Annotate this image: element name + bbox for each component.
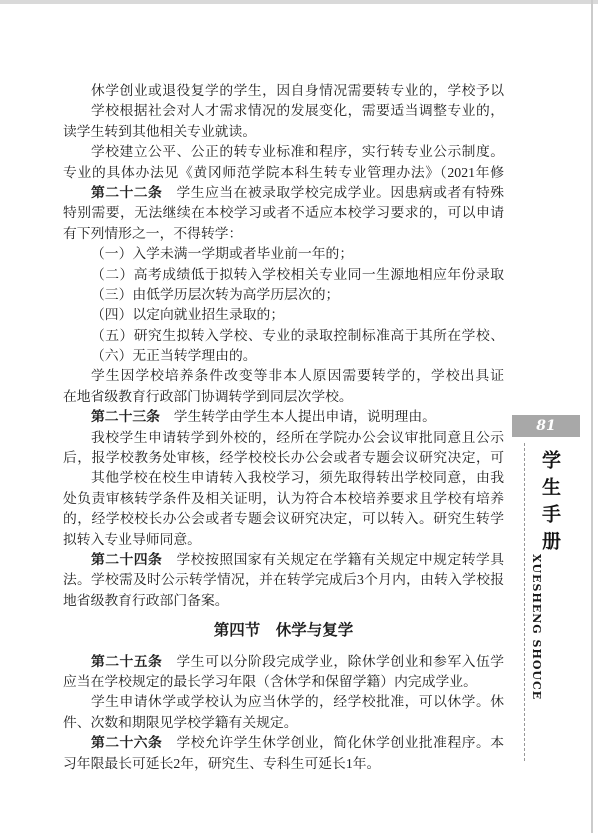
text-line: 处负责审核转学条件及相关证明，认为符合本校培养要求且学校有培养能力 [63,489,504,509]
text-line: 读学生转到其他相关专业就读。 [63,122,504,142]
text-line: 应当在学校规定的最长学习年限（含休学和保留学籍）内完成学业。 [63,672,504,692]
page-number-badge: 81 [512,415,580,437]
text-line: （三）由低学历层次转为高学历层次的； [63,285,504,305]
text-line: 有下列情形之一，不得转学： [63,224,504,244]
article-number: 第二十六条 [91,735,162,750]
paragraph-lines-suspension-rules: 第二十五条 学生可以分阶段完成学业，除休学创业和参军入伍学生外，应当在学校规定的… [63,652,504,774]
dashed-divider [524,443,525,761]
text-line: 第二十六条 学校允许学生休学创业，简化休学创业批准程序。本科生学 [63,733,504,753]
text-line: 后，报学校教务处审核，经学校校长办公会或者专题会议研究决定，可以转出。 [63,448,504,468]
text-line: 习年限最长可延长2年，研究生、专科生可延长1年。 [63,754,504,774]
text-line: 地省级教育行政部门备案。 [63,591,504,611]
text-line: 学生申请休学或学校认为应当休学的，经学校批准，可以休学。休学的条 [63,692,504,712]
page-right-edge [591,0,593,833]
section-heading: 第四节 休学与复学 [63,621,504,641]
page-top-edge [0,0,598,4]
text-line: 我校学生申请转学到外校的，经所在学院办公会议审批同意且公示无异议 [63,428,504,448]
sidebar-title-chinese: 学生手册 [537,450,564,558]
text-line: 在地省级教育行政部门协调转学到同层次学校。 [63,387,504,407]
text-line: 休学创业或退役复学的学生，因自身情况需要转专业的，学校予以优先考虑。 [63,81,504,101]
text-line: 第二十二条 学生应当在被录取学校完成学业。因患病或者有特殊困难、 [63,183,504,203]
text-line: 专业的具体办法见《黄冈师范学院本科生转专业管理办法》（2021年修订）。 [63,163,504,183]
article-number: 第二十四条 [91,552,162,567]
text-line: 第二十四条 学校按照国家有关规定在学籍有关规定中规定转学具体办 [63,550,504,570]
paragraph-lines-transfer-rules: 休学创业或退役复学的学生，因自身情况需要转专业的，学校予以优先考虑。学校根据社会… [63,81,504,611]
text-line: 第二十三条 学生转学由学生本人提出申请，说明理由。 [63,407,504,427]
text-line: 学校根据社会对人才需求情况的发展变化，需要适当调整专业的，允许在 [63,101,504,121]
document-body: 休学创业或退役复学的学生，因自身情况需要转专业的，学校予以优先考虑。学校根据社会… [63,81,504,774]
text-line: 件、次数和期限见学校学籍有关规定。 [63,713,504,733]
text-line: 学生因学校培养条件改变等非本人原因需要转学的，学校出具证明，由所 [63,366,504,386]
text-line: 第二十五条 学生可以分阶段完成学业，除休学创业和参军入伍学生外， [63,652,504,672]
text-line: 法。学校需及时公示转学情况，并在转学完成后3个月内，由转入学校报所在 [63,570,504,590]
sidebar-title-pinyin: XUESHENG SHOUCE [530,554,543,700]
article-number: 第二十三条 [91,409,160,424]
article-number: 第二十二条 [91,185,162,200]
text-line: 其他学校在校生申请转入我校学习，须先取得转出学校同意，由我校教务 [63,468,504,488]
text-line: 特别需要，无法继续在本校学习或者不适应本校学习要求的，可以申请转学。 [63,203,504,223]
text-line: 学校建立公平、公正的转专业标准和程序，实行转专业公示制度。学生转 [63,142,504,162]
page-number: 81 [512,415,580,437]
text-line: （一）入学未满一学期或者毕业前一年的； [63,244,504,264]
article-number: 第二十五条 [91,654,162,669]
text-line: （六）无正当转学理由的。 [63,346,504,366]
text-line: （五）研究生拟转入学校、专业的录取控制标准高于其所在学校、专业的； [63,326,504,346]
text-line: （四）以定向就业招生录取的； [63,305,504,325]
text-line: 拟转入专业导师同意。 [63,530,504,550]
text-line: （二）高考成绩低于拟转入学校相关专业同一生源地相应年份录取成绩的； [63,265,504,285]
text-line: 的，经学校校长办公会或者专题会议研究决定，可以转入。研究生转学还应经 [63,509,504,529]
